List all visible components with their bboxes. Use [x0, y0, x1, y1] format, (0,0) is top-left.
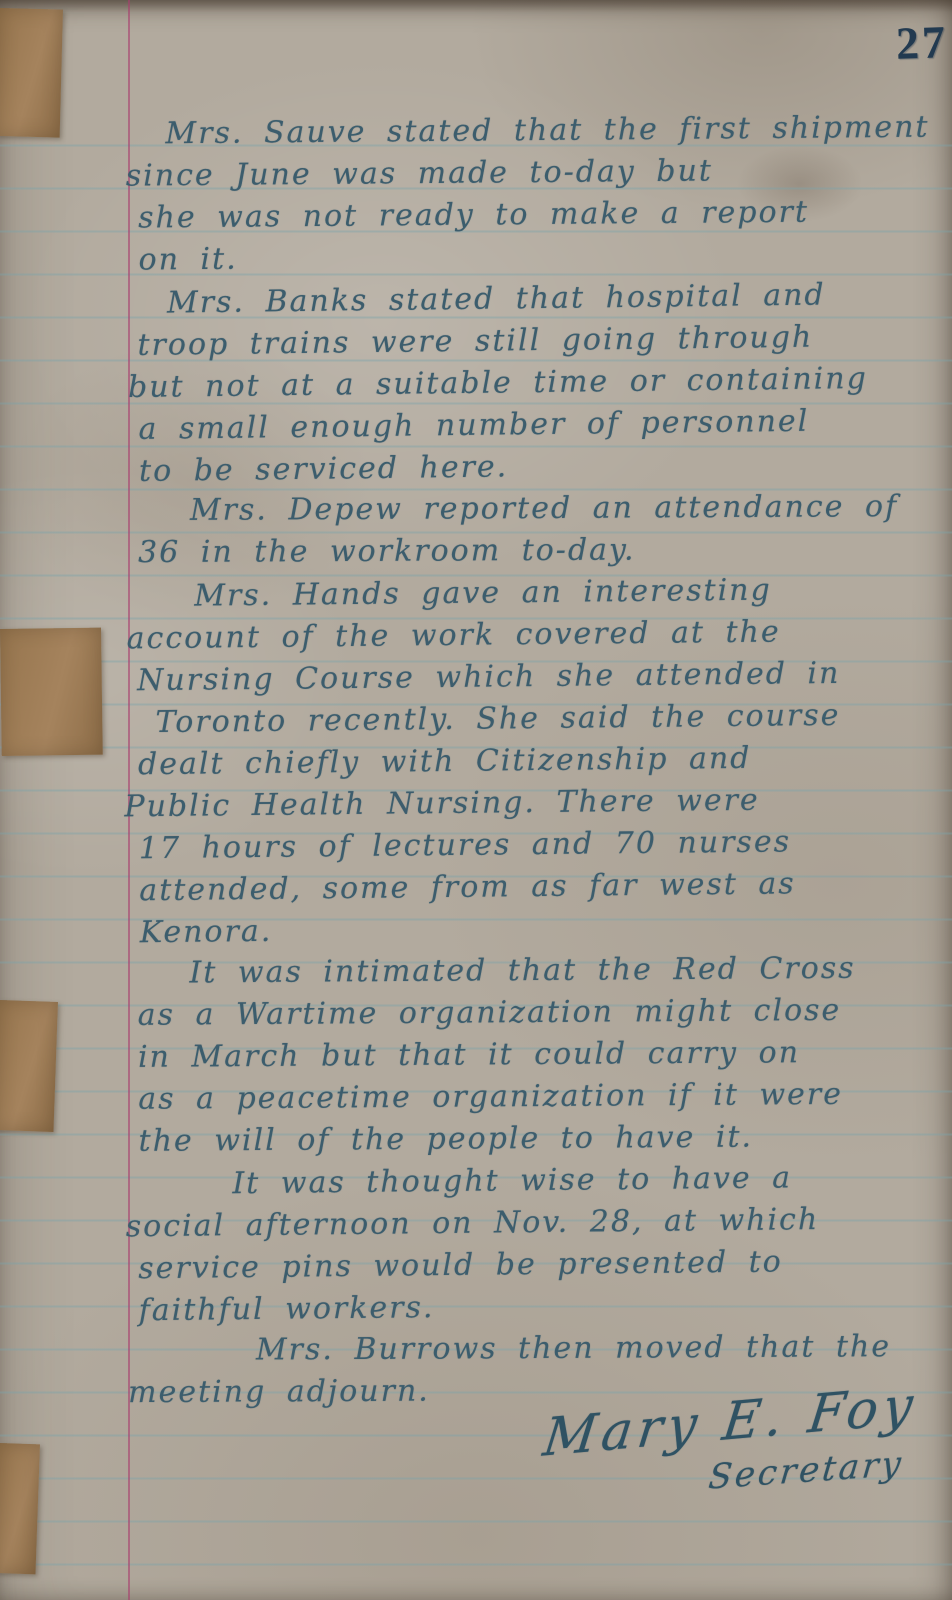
- handwriting-line: Mrs. Sauve stated that the first shipmen…: [137, 106, 943, 155]
- paragraph-2: Mrs. Banks stated that hospital and troo…: [137, 273, 946, 493]
- handwriting-line: Mrs. Burrows then moved that the: [138, 1326, 944, 1372]
- handwriting-line: 36 in the workroom to-day.: [138, 528, 944, 574]
- handwriting-line: the will of the people to have it.: [138, 1115, 944, 1163]
- paragraph-6: It was thought wise to have a social aft…: [137, 1156, 945, 1332]
- handwriting-line: as a Wartime organization might close: [138, 989, 944, 1037]
- handwriting-line: to be serviced here.: [139, 441, 945, 493]
- tape-fragment-bottom: [0, 1443, 40, 1574]
- tape-fragment-top: [0, 8, 63, 138]
- tape-fragment-upper-middle: [0, 628, 103, 756]
- handwriting-line: since June was made to-day but: [126, 148, 944, 197]
- handwritten-minutes: Mrs. Sauve stated that the first shipmen…: [138, 110, 944, 1412]
- signature-block: Mary E. Foy Secretary: [543, 1392, 918, 1496]
- handwriting-line: Mrs. Depew reported an attendance of: [138, 486, 944, 532]
- handwriting-line: Toronto recently. She said the course: [137, 694, 943, 744]
- handwriting-line: faithful workers.: [138, 1282, 944, 1332]
- page-number: 27: [895, 15, 949, 70]
- tape-fragment-lower-middle: [0, 1000, 58, 1132]
- handwriting-line: she was not ready to make a report: [138, 190, 944, 239]
- paragraph-3: Mrs. Depew reported an attendance of 36 …: [138, 486, 944, 574]
- paragraph-1: Mrs. Sauve stated that the first shipmen…: [137, 106, 944, 281]
- paragraph-5: It was intimated that the Red Cross as a…: [137, 947, 944, 1163]
- handwriting-line: It was intimated that the Red Cross: [137, 947, 943, 995]
- handwriting-line: as a peacetime organization if it were: [138, 1073, 944, 1121]
- handwriting-line: Kenora.: [140, 904, 946, 954]
- paragraph-4: Mrs. Hands gave an interesting account o…: [136, 568, 946, 954]
- handwriting-line: in March but that it could carry on: [138, 1031, 944, 1079]
- notebook-page: 27 Mrs. Sauve stated that the first ship…: [0, 0, 952, 1600]
